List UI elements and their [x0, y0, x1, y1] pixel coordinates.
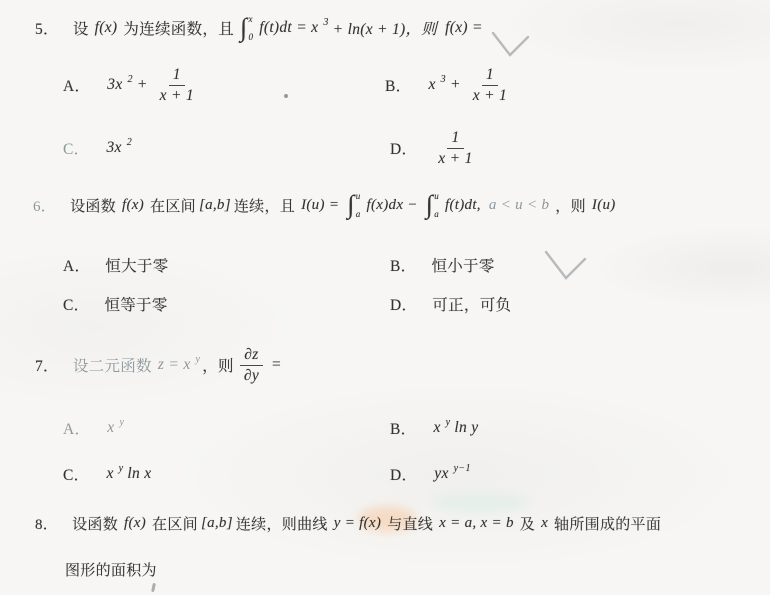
q5-stem-text: 为连续函数，且 [123, 17, 234, 39]
q7-option-a-math: x [107, 419, 114, 437]
q6-option-d-label: D． [390, 293, 417, 315]
fraction-numerator: 1 [169, 66, 185, 86]
q6-option-a-text: 恒大于零 [105, 254, 168, 276]
fraction-denominator: x + 1 [156, 86, 198, 105]
q7-option-b-label: B． [390, 417, 416, 439]
integral-glyph: ∫ [240, 15, 247, 41]
q5-option-c-exp: 2 [127, 137, 132, 148]
q7-option-d-label: D． [390, 463, 417, 485]
q6-option-b-label: B． [390, 254, 416, 276]
question-7-stem: 7． 设二元函数 z = xy ，则 ∂z ∂y = [35, 340, 286, 390]
question-8-stem-line2: 图形的面积为 [63, 556, 159, 582]
q6-stem-math: I(u) = [301, 197, 339, 214]
q7-option-c: C． xy ln x [63, 460, 155, 488]
q5-option-a: A． 3x2 + 1 x + 1 [63, 60, 202, 110]
q6-stem-text: 在区间 [150, 195, 196, 216]
q7-option-c-math: x [106, 465, 113, 483]
q6-option-b-text: 恒小于零 [431, 254, 494, 276]
q8-stem-text: 图形的面积为 [65, 559, 157, 580]
q5-option-d: D． 1 x + 1 [390, 123, 481, 173]
q7-option-b-math: ln y [454, 419, 478, 437]
q6-stem-math: f(x)dx − [367, 197, 418, 214]
q7-stem-text: 设二元函数 [73, 354, 152, 376]
q5-option-c-math: 3x [106, 139, 121, 157]
integral-sign: ∫ ua [347, 190, 360, 220]
equals-sign: = [271, 356, 282, 374]
q7-option-d-math: yx [434, 465, 448, 483]
q7-option-d-exp: y−1 [454, 463, 471, 474]
q5-option-a-label: A． [63, 74, 90, 96]
q8-stem-math: [a,b] [201, 515, 233, 532]
integral-upper-limit: u [434, 191, 439, 201]
q8-stem-text: 设函数 [72, 513, 118, 534]
q7-option-a-exp: y [119, 417, 124, 428]
fraction: 1 x + 1 [434, 129, 476, 168]
q6-option-d-text: 可正，可负 [432, 293, 511, 315]
integral-glyph: ∫ [426, 192, 433, 218]
fraction-denominator: ∂y [240, 366, 263, 385]
fraction-numerator: 1 [447, 129, 463, 149]
q8-stem-text: 与直线 [387, 513, 433, 534]
q8-stem-math: x = a, x = b [439, 515, 514, 532]
q5-option-d-label: D． [390, 137, 417, 159]
q5-stem-math: + ln(x + 1)，则 [333, 17, 437, 39]
q5-exponent: 3 [323, 17, 328, 28]
q6-stem-text: 连续，且 [234, 195, 295, 216]
q8-stem-math: f(x) [124, 515, 146, 532]
small-pen-tick [151, 583, 156, 592]
question-8-number: 8． [35, 513, 58, 534]
q7-stem-math: z = x [158, 356, 191, 374]
integral-upper-limit: u [356, 191, 361, 201]
q7-exponent: y [196, 354, 201, 365]
fraction: ∂z ∂y [240, 346, 263, 385]
question-8-stem: 8． 设函数 f(x) 在区间 [a,b] 连续，则曲线 y = f(x) 与直… [35, 508, 663, 538]
q6-condition: a < u < b [489, 197, 549, 214]
fraction-denominator: x + 1 [469, 86, 511, 105]
q6-option-c-text: 恒等于零 [104, 293, 167, 315]
q6-option-d: D． 可正，可负 [390, 291, 513, 317]
question-7-number: 7． [35, 354, 59, 376]
q6-stem-text: 设函数 [70, 195, 116, 216]
q8-stem-text: 在区间 [152, 513, 198, 534]
fraction-denominator: x + 1 [434, 149, 476, 168]
q7-option-a-label: A． [63, 417, 90, 439]
fraction-numerator: 1 [482, 66, 498, 86]
q7-option-b-exp: y [446, 417, 451, 428]
q6-option-c-label: C． [63, 293, 89, 315]
q6-option-a: A． 恒大于零 [63, 252, 171, 278]
integral-upper-limit: x [248, 14, 252, 24]
q7-option-b: B． xy ln y [390, 414, 482, 442]
question-6-number: 6． [33, 195, 56, 216]
q5-stem-math: f(t)dt = x [259, 19, 318, 37]
integral-lower-limit: a [356, 209, 361, 219]
q7-option-a: A． xy [63, 414, 124, 442]
q5-option-c: C． 3x2 [63, 123, 132, 173]
q6-stem-math: [a,b] [199, 197, 231, 214]
plus-sign: + [450, 76, 461, 94]
q5-option-c-label: C． [63, 137, 89, 159]
integral-glyph: ∫ [347, 192, 354, 218]
q8-stem-text: 及 [520, 513, 535, 534]
q7-option-c-label: C． [63, 463, 89, 485]
q6-option-b: B． 恒小于零 [390, 252, 497, 278]
q6-stem-math: f(t)dt, [445, 197, 481, 214]
small-ink-dot [284, 94, 288, 98]
q7-option-b-math: x [433, 419, 440, 437]
q8-stem-text: 连续，则曲线 [236, 513, 328, 534]
fraction: 1 x + 1 [469, 66, 511, 105]
q8-stem-math: x [541, 515, 548, 532]
q6-stem-math: I(u) [592, 197, 616, 214]
q6-stem-text: ，则 [555, 195, 586, 216]
q7-option-d: D． yxy−1 [390, 460, 471, 488]
q5-option-b-exp: 3 [441, 74, 446, 85]
q7-option-c-exp: y [119, 463, 124, 474]
q5-stem-math: f(x) = [445, 19, 483, 37]
fraction: 1 x + 1 [156, 66, 198, 105]
q5-stem-text: 设 [73, 17, 89, 39]
pencil-check-icon [540, 246, 592, 288]
q7-stem-text: ，则 [202, 354, 234, 376]
q5-option-b: B． x3 + 1 x + 1 [385, 60, 515, 110]
fraction-numerator: ∂z [240, 346, 262, 366]
question-6-stem: 6． 设函数 f(x) 在区间 [a,b] 连续，且 I(u) = ∫ ua f… [33, 184, 620, 226]
question-5-stem: 5． 设 f(x) 为连续函数，且 ∫ x0 f(t)dt = x3 + ln(… [35, 10, 487, 46]
q7-option-c-math: ln x [127, 465, 151, 483]
question-5-number: 5． [35, 17, 59, 39]
exam-page: 5． 设 f(x) 为连续函数，且 ∫ x0 f(t)dt = x3 + ln(… [0, 0, 770, 595]
q8-stem-math: y = f(x) [334, 515, 382, 532]
q6-stem-math: f(x) [122, 197, 144, 214]
q6-option-c: C． 恒等于零 [63, 291, 170, 317]
integral-sign: ∫ ua [426, 190, 439, 220]
plus-sign: + [137, 76, 148, 94]
q5-stem-math: f(x) [95, 19, 118, 37]
q5-option-b-math: x [428, 76, 435, 94]
q6-option-a-label: A． [63, 254, 90, 276]
integral-lower-limit: a [434, 209, 439, 219]
q8-stem-text: 轴所围成的平面 [554, 513, 661, 534]
q5-option-b-label: B． [385, 74, 411, 96]
pencil-check-icon [488, 28, 534, 64]
q5-option-a-math: 3x [107, 76, 122, 94]
q5-option-a-exp: 2 [128, 74, 133, 85]
integral-sign: ∫ x0 [240, 13, 253, 43]
integral-lower-limit: 0 [248, 32, 253, 42]
